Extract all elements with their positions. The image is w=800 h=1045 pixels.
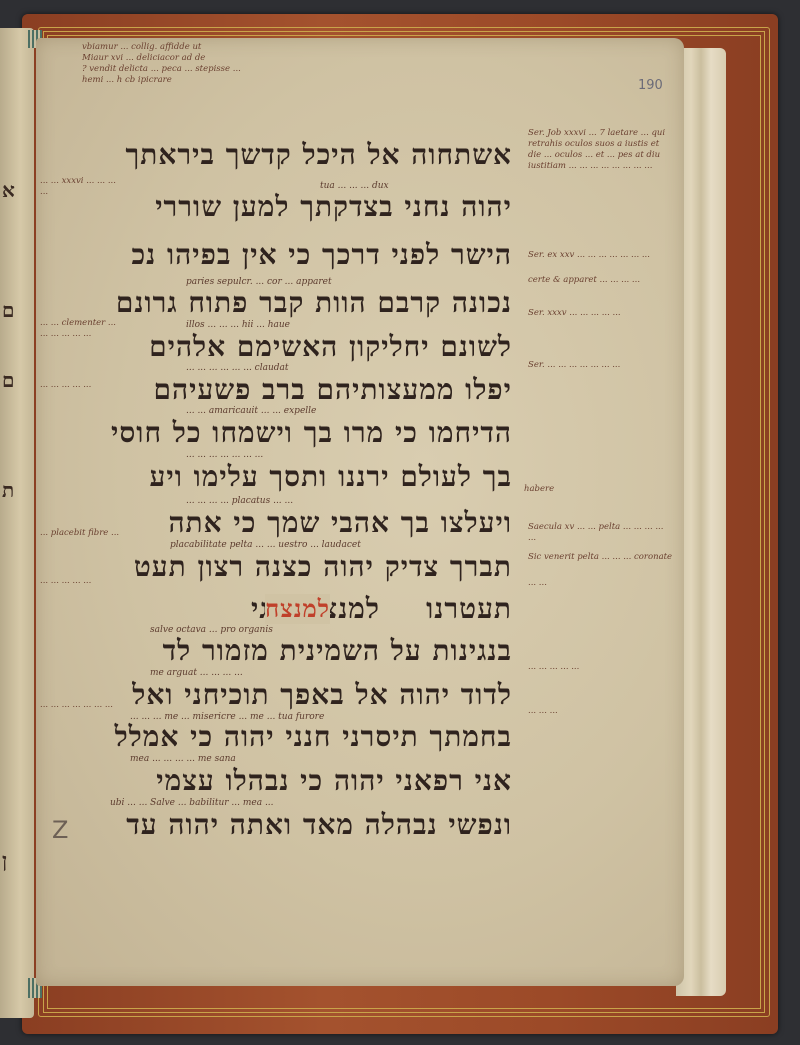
right-margin-note: certe & apparet ... ... ... ... [528, 275, 674, 286]
interlinear-gloss: me arguat ... ... ... ... [150, 668, 243, 678]
right-margin-note: Saecula xv ... ... pelta ... ... ... ...… [528, 522, 674, 544]
quire-mark: Z [52, 816, 68, 844]
interlinear-gloss: ... ... ... ... placatus ... ... [186, 496, 293, 506]
interlinear-gloss: tua ... ... ... dux [320, 181, 389, 191]
facing-page-letter: א [2, 178, 15, 203]
left-margin-note: ... ... clementer ... ... ... ... ... ..… [40, 318, 120, 340]
interlinear-gloss: ... ... ... me ... misericre ... me ... … [130, 712, 324, 722]
interlinear-gloss: ... ... ... ... ... ... ... [186, 450, 263, 460]
hebrew-line: אשתחוה אל היכל קדשך ביראתך [126, 140, 512, 170]
hebrew-line: הדיחמו כי מרו בך וישמחו כל חוסי [111, 418, 512, 448]
hebrew-line: בנגינות על השמינית מזמור לד [163, 636, 512, 666]
rubric-heading: למנצח [265, 594, 330, 624]
folio-number: 190 [638, 78, 663, 93]
interlinear-gloss: ubi ... ... Salve ... babilitur ... mea … [110, 798, 274, 808]
left-margin-note: ... ... ... ... ... [40, 576, 120, 587]
hebrew-line: לדוד יהוה אל באפך תוכיחני ואל [132, 680, 512, 710]
top-margin-note: vbiamur ... collig. affidde ut Miaur xvi… [82, 42, 312, 86]
hebrew-line: בך לעולם ירננו ותסך עלימו ויע [150, 462, 512, 492]
left-margin-note: ... ... ... ... ... ... ... [40, 700, 120, 711]
right-margin-note: ... ... ... ... ... [528, 662, 668, 673]
right-margin-note: ... ... [528, 578, 674, 589]
hebrew-line: אני רפאני יהוה כי נבהלו עצמי [156, 766, 512, 796]
facing-page-letter: ת [2, 478, 14, 503]
hebrew-line: יפלו ממעצותיהם ברב פשעיהם [153, 375, 512, 405]
right-margin-note: Sic venerit pelta ... ... ... coronate [528, 552, 674, 563]
interlinear-gloss: ... ... amaricauit ... ... expelle [186, 406, 316, 416]
interlinear-gloss: ... ... ... ... ... ... claudat [186, 363, 289, 373]
interlinear-gloss: placabilitate pelta ... ... uestro ... l… [170, 540, 361, 550]
hebrew-line: תברך צדיק יהוה כצנה רצון תעט [134, 552, 512, 582]
hebrew-line: הישר לפני דרכך כי אין בפיהו נכ [131, 240, 512, 270]
interlinear-gloss: salve octava ... pro organis [150, 625, 273, 635]
hebrew-line: בחמתך תיסרני חנני יהוה כי אמלל [115, 722, 512, 752]
facing-page-letter: ן [2, 848, 7, 873]
right-margin-note: habere [524, 484, 670, 495]
interlinear-gloss: illos ... ... ... hii ... haue [186, 320, 290, 330]
interlinear-gloss: mea ... ... ... ... me sana [130, 754, 236, 764]
right-margin-note: Ser. ... ... ... ... ... ... ... [528, 360, 674, 371]
facing-page-edge: א ם ם ת ן [0, 28, 34, 1018]
left-margin-note: ... placebit fibre ... [40, 528, 120, 539]
interlinear-gloss: paries sepulcr. ... cor ... apparet [186, 277, 332, 287]
hebrew-line: נכונה קרבם הוות קבר פתוח גרונם [116, 288, 512, 318]
right-margin-note: Ser. Job xxxvi ... 7 laetare ... qui ret… [528, 128, 674, 172]
facing-page-letter: ם [2, 368, 14, 393]
left-margin-note: ... ... xxxvi ... ... ... ... [40, 176, 120, 198]
hebrew-line: ונפשי נבהלה מאד ואתה יהוה עד [126, 810, 512, 840]
right-margin-note: Ser. ex xxv ... ... ... ... ... ... ... [528, 250, 674, 261]
facing-page-letter: ם [2, 298, 14, 323]
hebrew-line: יהוה נחני בצדקתך למען שוררי [155, 192, 512, 222]
hebrew-line: ויעלצו בך אהבי שמך כי אתה [168, 508, 512, 538]
right-margin-note: Ser. xxxv ... ... ... ... ... [528, 308, 674, 319]
right-margin-note: ... ... ... [528, 706, 628, 717]
left-margin-note: ... ... ... ... ... [40, 380, 120, 391]
hebrew-line: לשונם יחליקון האשימם אלהים [149, 332, 512, 362]
hebrew-line: תעטרנו [426, 594, 512, 624]
